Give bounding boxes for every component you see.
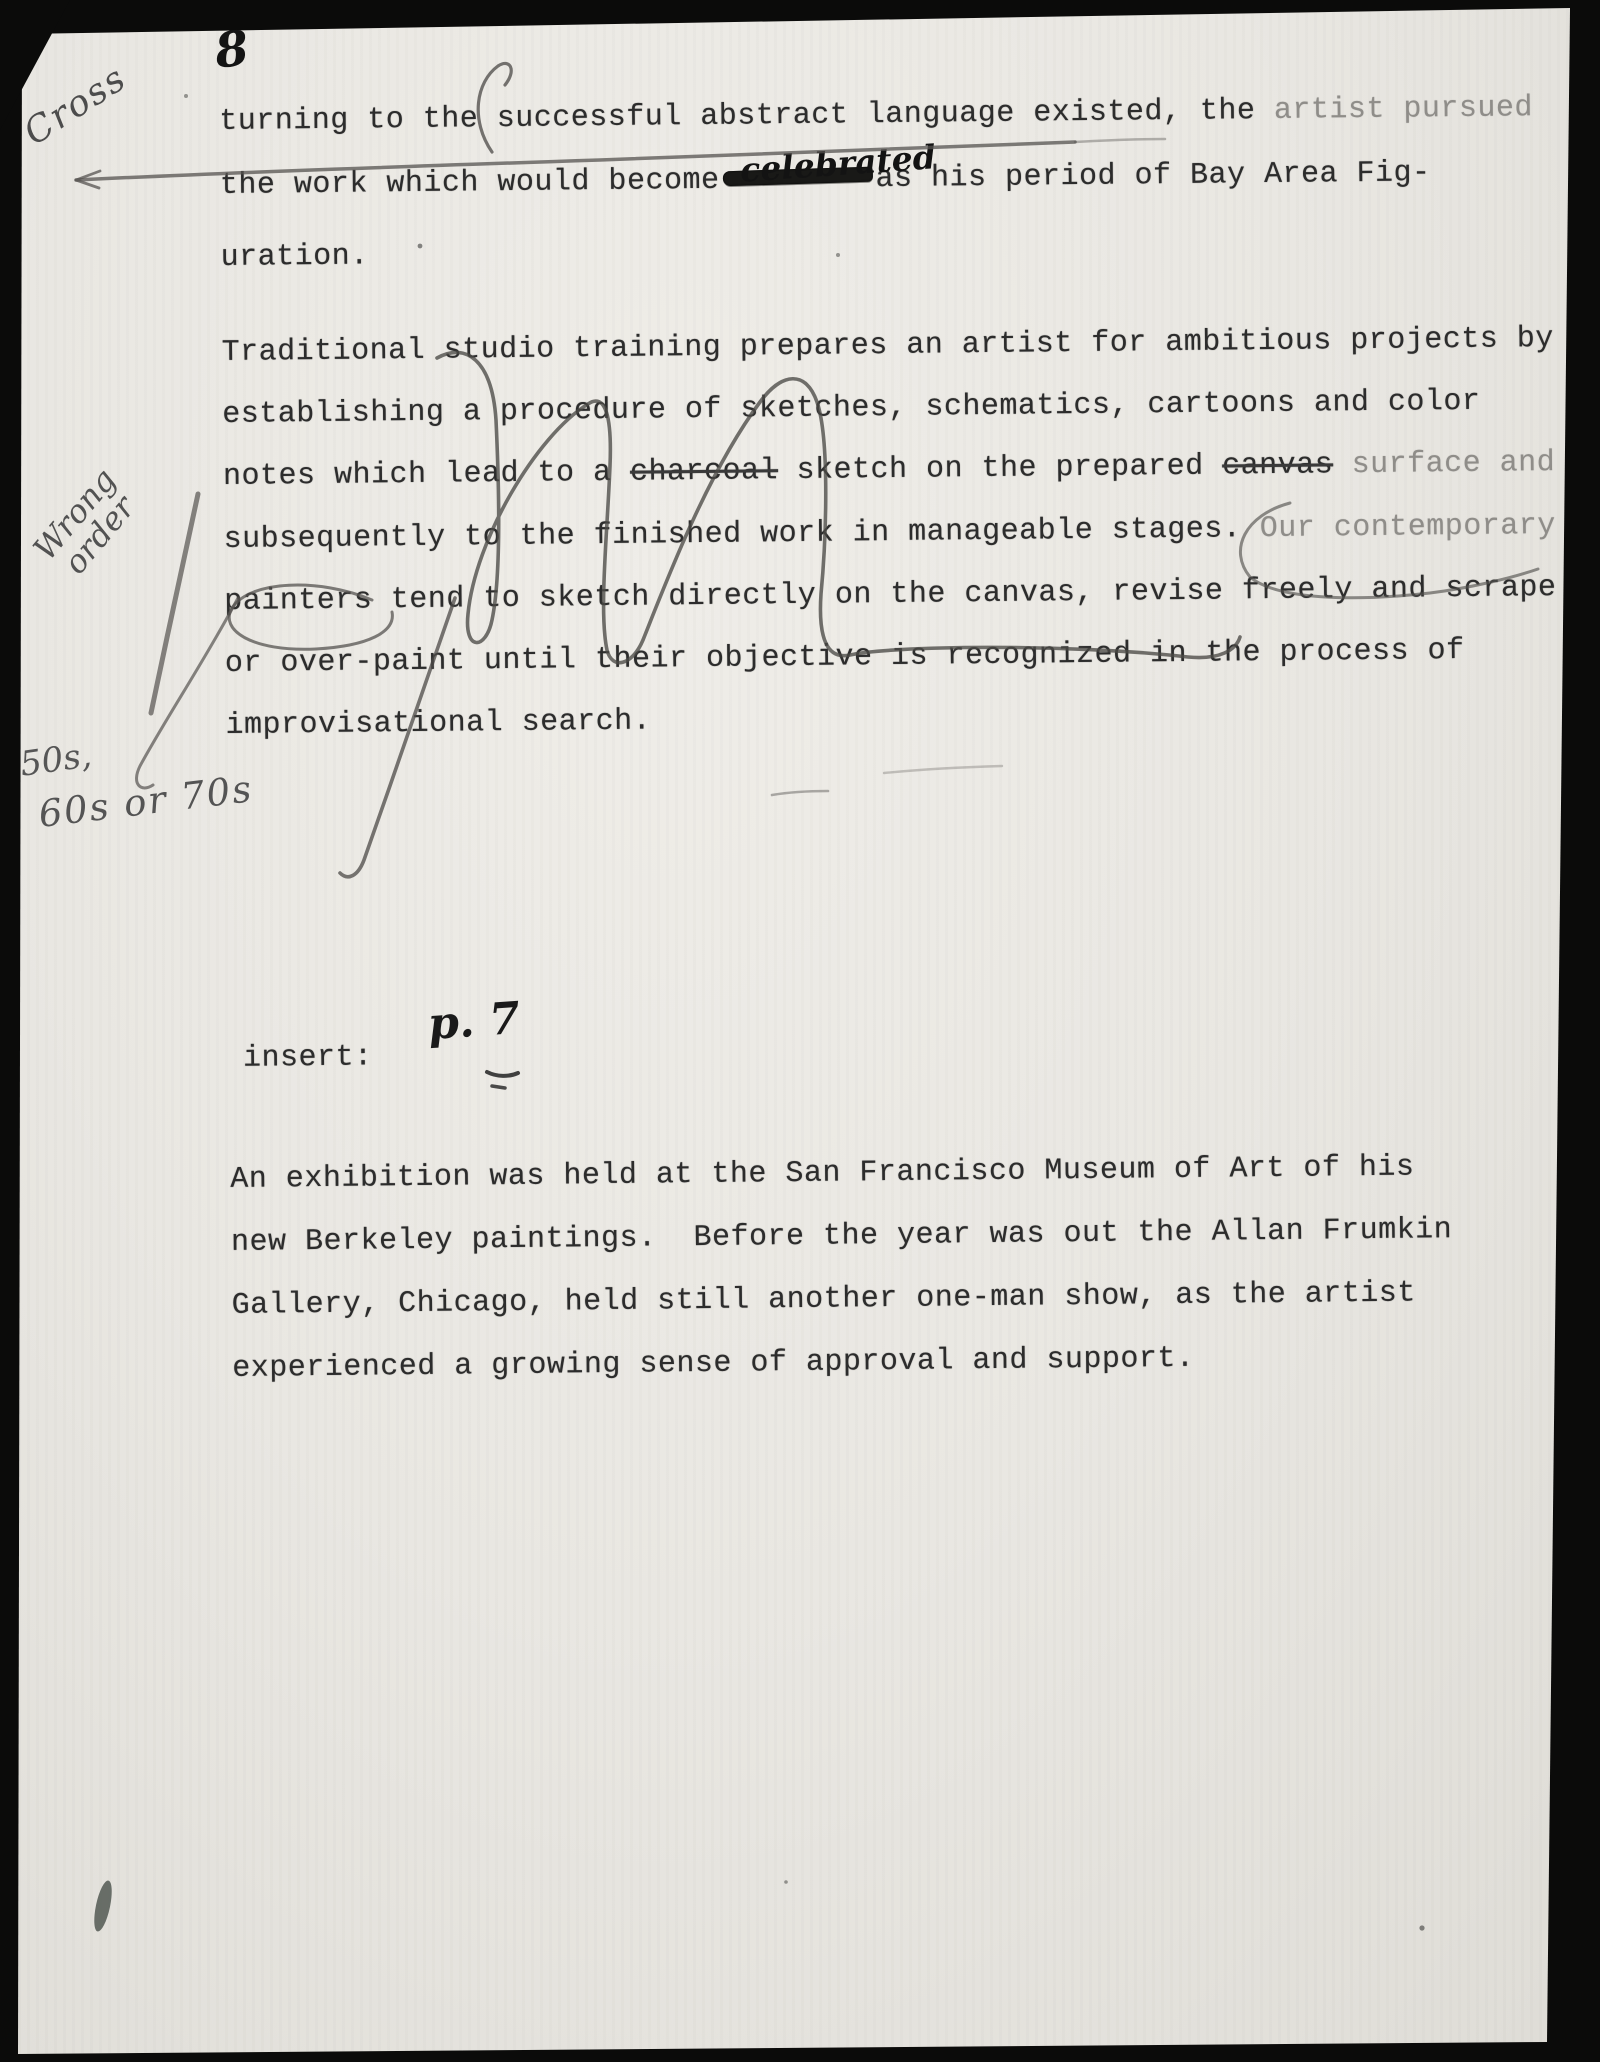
- margin-note-50s: 50s,: [18, 735, 94, 785]
- margin-note-cross: Cross: [17, 58, 134, 154]
- margin-note-wrong-order: Wrong order: [28, 463, 146, 586]
- insert-page-reference: p. 7: [426, 993, 521, 1050]
- handwritten-annotations: 8 Cross celebrated Wrong order 50s, 60s …: [0, 0, 1600, 2062]
- inserted-word-celebrated: celebrated: [739, 137, 937, 190]
- handwritten-page-number: 8: [212, 20, 252, 80]
- scanned-manuscript-page: turning to the successful abstract langu…: [0, 0, 1600, 2062]
